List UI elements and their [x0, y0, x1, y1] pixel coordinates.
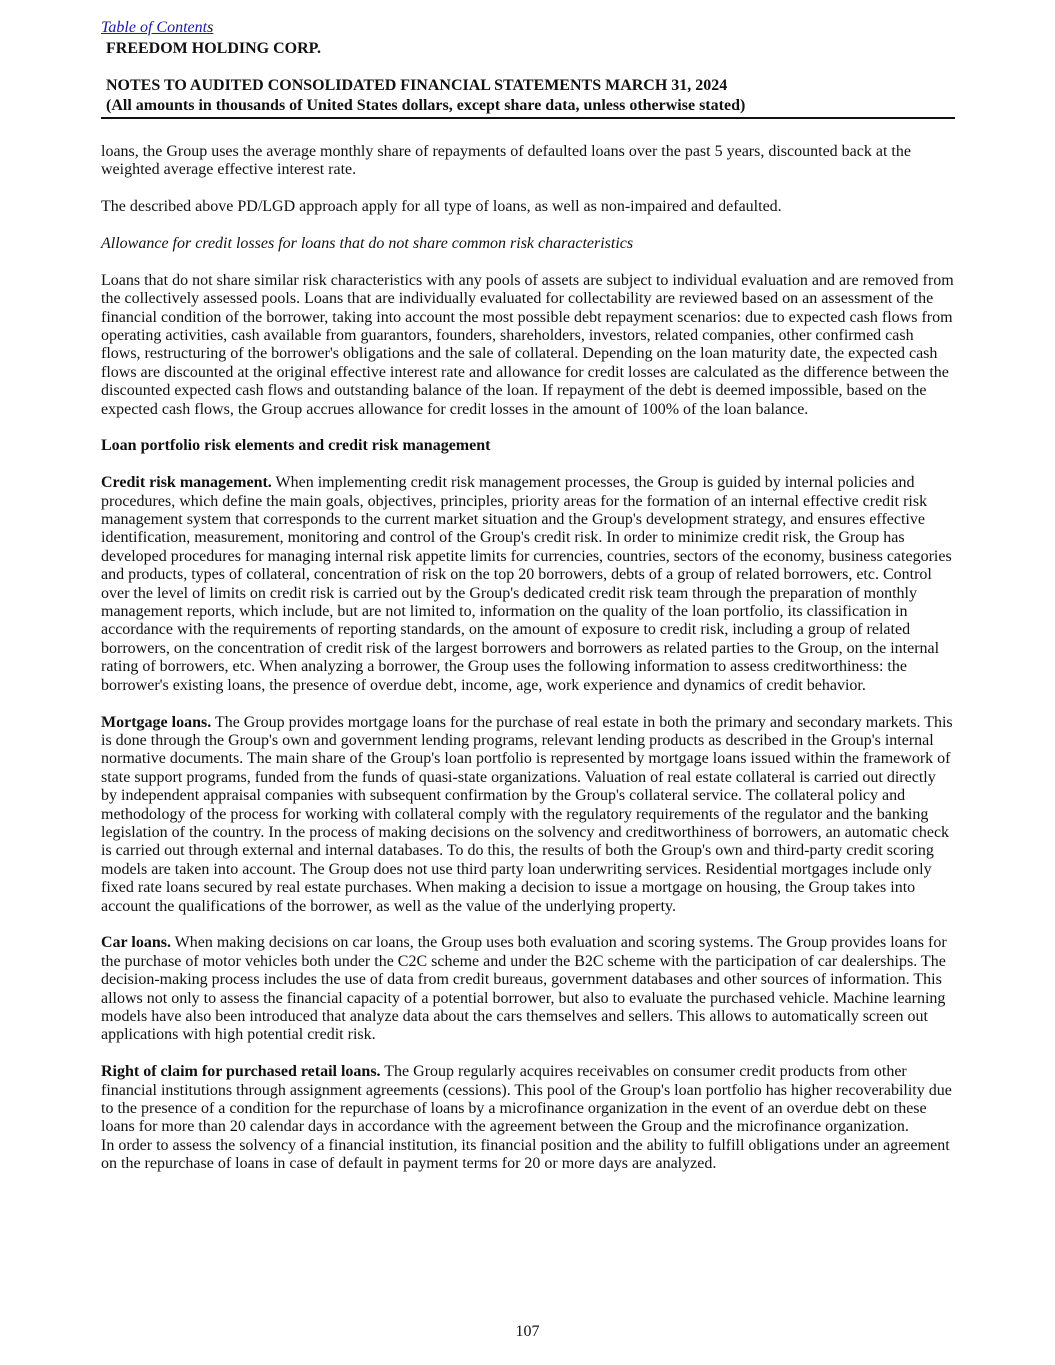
document-page: Table of Contents FREEDOM HOLDING CORP. …	[101, 18, 955, 1192]
table-of-contents-link[interactable]: Table of Contents	[101, 18, 955, 38]
section-heading-individual-allowance: Allowance for credit losses for loans th…	[101, 235, 955, 253]
paragraph-car-loans: Car loans. When making decisions on car …	[101, 934, 955, 1044]
mortgage-lead: Mortgage loans.	[101, 714, 211, 731]
company-name: FREEDOM HOLDING CORP.	[106, 39, 955, 59]
credit-risk-lead: Credit risk management.	[101, 474, 272, 491]
retail-claims-lead: Right of claim for purchased retail loan…	[101, 1063, 381, 1080]
paragraph-mortgage-loans: Mortgage loans. The Group provides mortg…	[101, 714, 955, 916]
section-heading-loan-portfolio-risk: Loan portfolio risk elements and credit …	[101, 437, 955, 455]
header-divider	[101, 117, 955, 119]
paragraph-credit-risk-management: Credit risk management. When implementin…	[101, 474, 955, 695]
notes-subtitle: (All amounts in thousands of United Stat…	[106, 96, 955, 116]
paragraph-individual-evaluation: Loans that do not share similar risk cha…	[101, 272, 955, 419]
car-loans-lead: Car loans.	[101, 934, 171, 951]
paragraph-solvency-assessment: In order to assess the solvency of a fin…	[101, 1137, 955, 1174]
toc-link-label[interactable]: Table of Content	[101, 19, 207, 36]
paragraph-retail-claims: Right of claim for purchased retail loan…	[101, 1063, 955, 1137]
paragraph-lgd-continuation: loans, the Group uses the average monthl…	[101, 143, 955, 180]
mortgage-text: The Group provides mortgage loans for th…	[101, 714, 953, 915]
credit-risk-text: When implementing credit risk management…	[101, 474, 952, 693]
paragraph-pd-lgd-approach: The described above PD/LGD approach appl…	[101, 198, 955, 216]
page-number: 107	[0, 1323, 1055, 1341]
car-loans-text: When making decisions on car loans, the …	[101, 934, 947, 1043]
document-body: loans, the Group uses the average monthl…	[101, 143, 955, 1174]
notes-title: NOTES TO AUDITED CONSOLIDATED FINANCIAL …	[106, 76, 955, 96]
toc-link-tail: s	[207, 19, 213, 36]
